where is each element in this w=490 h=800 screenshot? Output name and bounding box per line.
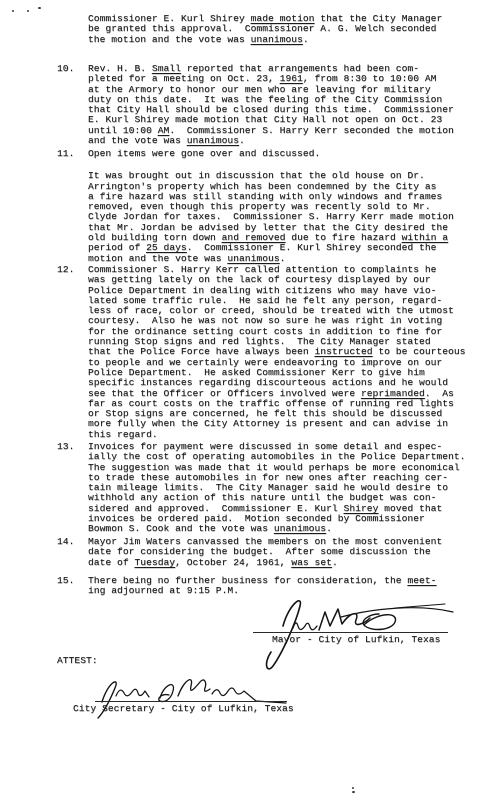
agenda-item-11: 11. Open items were gone over and discus… xyxy=(57,149,467,264)
agenda-item-14: 14. Mayor Jim Waters canvassed the membe… xyxy=(57,537,467,568)
intro-paragraph: Commissioner E. Kurl Shirey made motion … xyxy=(88,14,473,45)
item-number: 11. xyxy=(57,149,88,264)
agenda-item-12: 12. Commissioner S. Harry Kerr called at… xyxy=(57,265,467,440)
item-paragraph: Invoices for payment were discussed in s… xyxy=(88,442,467,535)
agenda-item-13: 13. Invoices for payment were discussed … xyxy=(57,442,467,535)
item-paragraph: Open items were gone over and discussed. xyxy=(88,149,467,159)
item-number: 10. xyxy=(57,64,88,146)
item-paragraph: Mayor Jim Waters canvassed the members o… xyxy=(88,537,467,568)
item-paragraph: It was brought out in discussion that th… xyxy=(88,171,467,264)
item-paragraph: Commissioner S. Harry Kerr called attent… xyxy=(88,265,467,440)
mayor-signature-line xyxy=(253,632,448,633)
item-number: 12. xyxy=(57,265,88,440)
item-number: 14. xyxy=(57,537,88,568)
agenda-item-10: 10. Rev. H. B. Small reported that arran… xyxy=(57,64,467,146)
item-number: 15. xyxy=(57,576,88,597)
item-paragraph: Rev. H. B. Small reported that arrangeme… xyxy=(88,64,467,146)
secretary-title-line: City Secretary - City of Lufkin, Texas xyxy=(73,704,294,714)
scan-speck xyxy=(27,10,29,12)
scanned-minutes-page: Commissioner E. Kurl Shirey made motion … xyxy=(0,0,490,800)
scan-speck xyxy=(12,10,14,12)
secretary-signature-line xyxy=(95,701,287,702)
mayor-title-line: Mayor - City of Lufkin, Texas xyxy=(272,635,440,645)
scan-speck xyxy=(38,7,41,9)
scan-speck xyxy=(352,791,355,793)
item-number: 13. xyxy=(57,442,88,535)
attest-label: ATTEST: xyxy=(57,656,98,666)
mayor-signature xyxy=(245,590,460,670)
scan-speck xyxy=(352,787,354,789)
